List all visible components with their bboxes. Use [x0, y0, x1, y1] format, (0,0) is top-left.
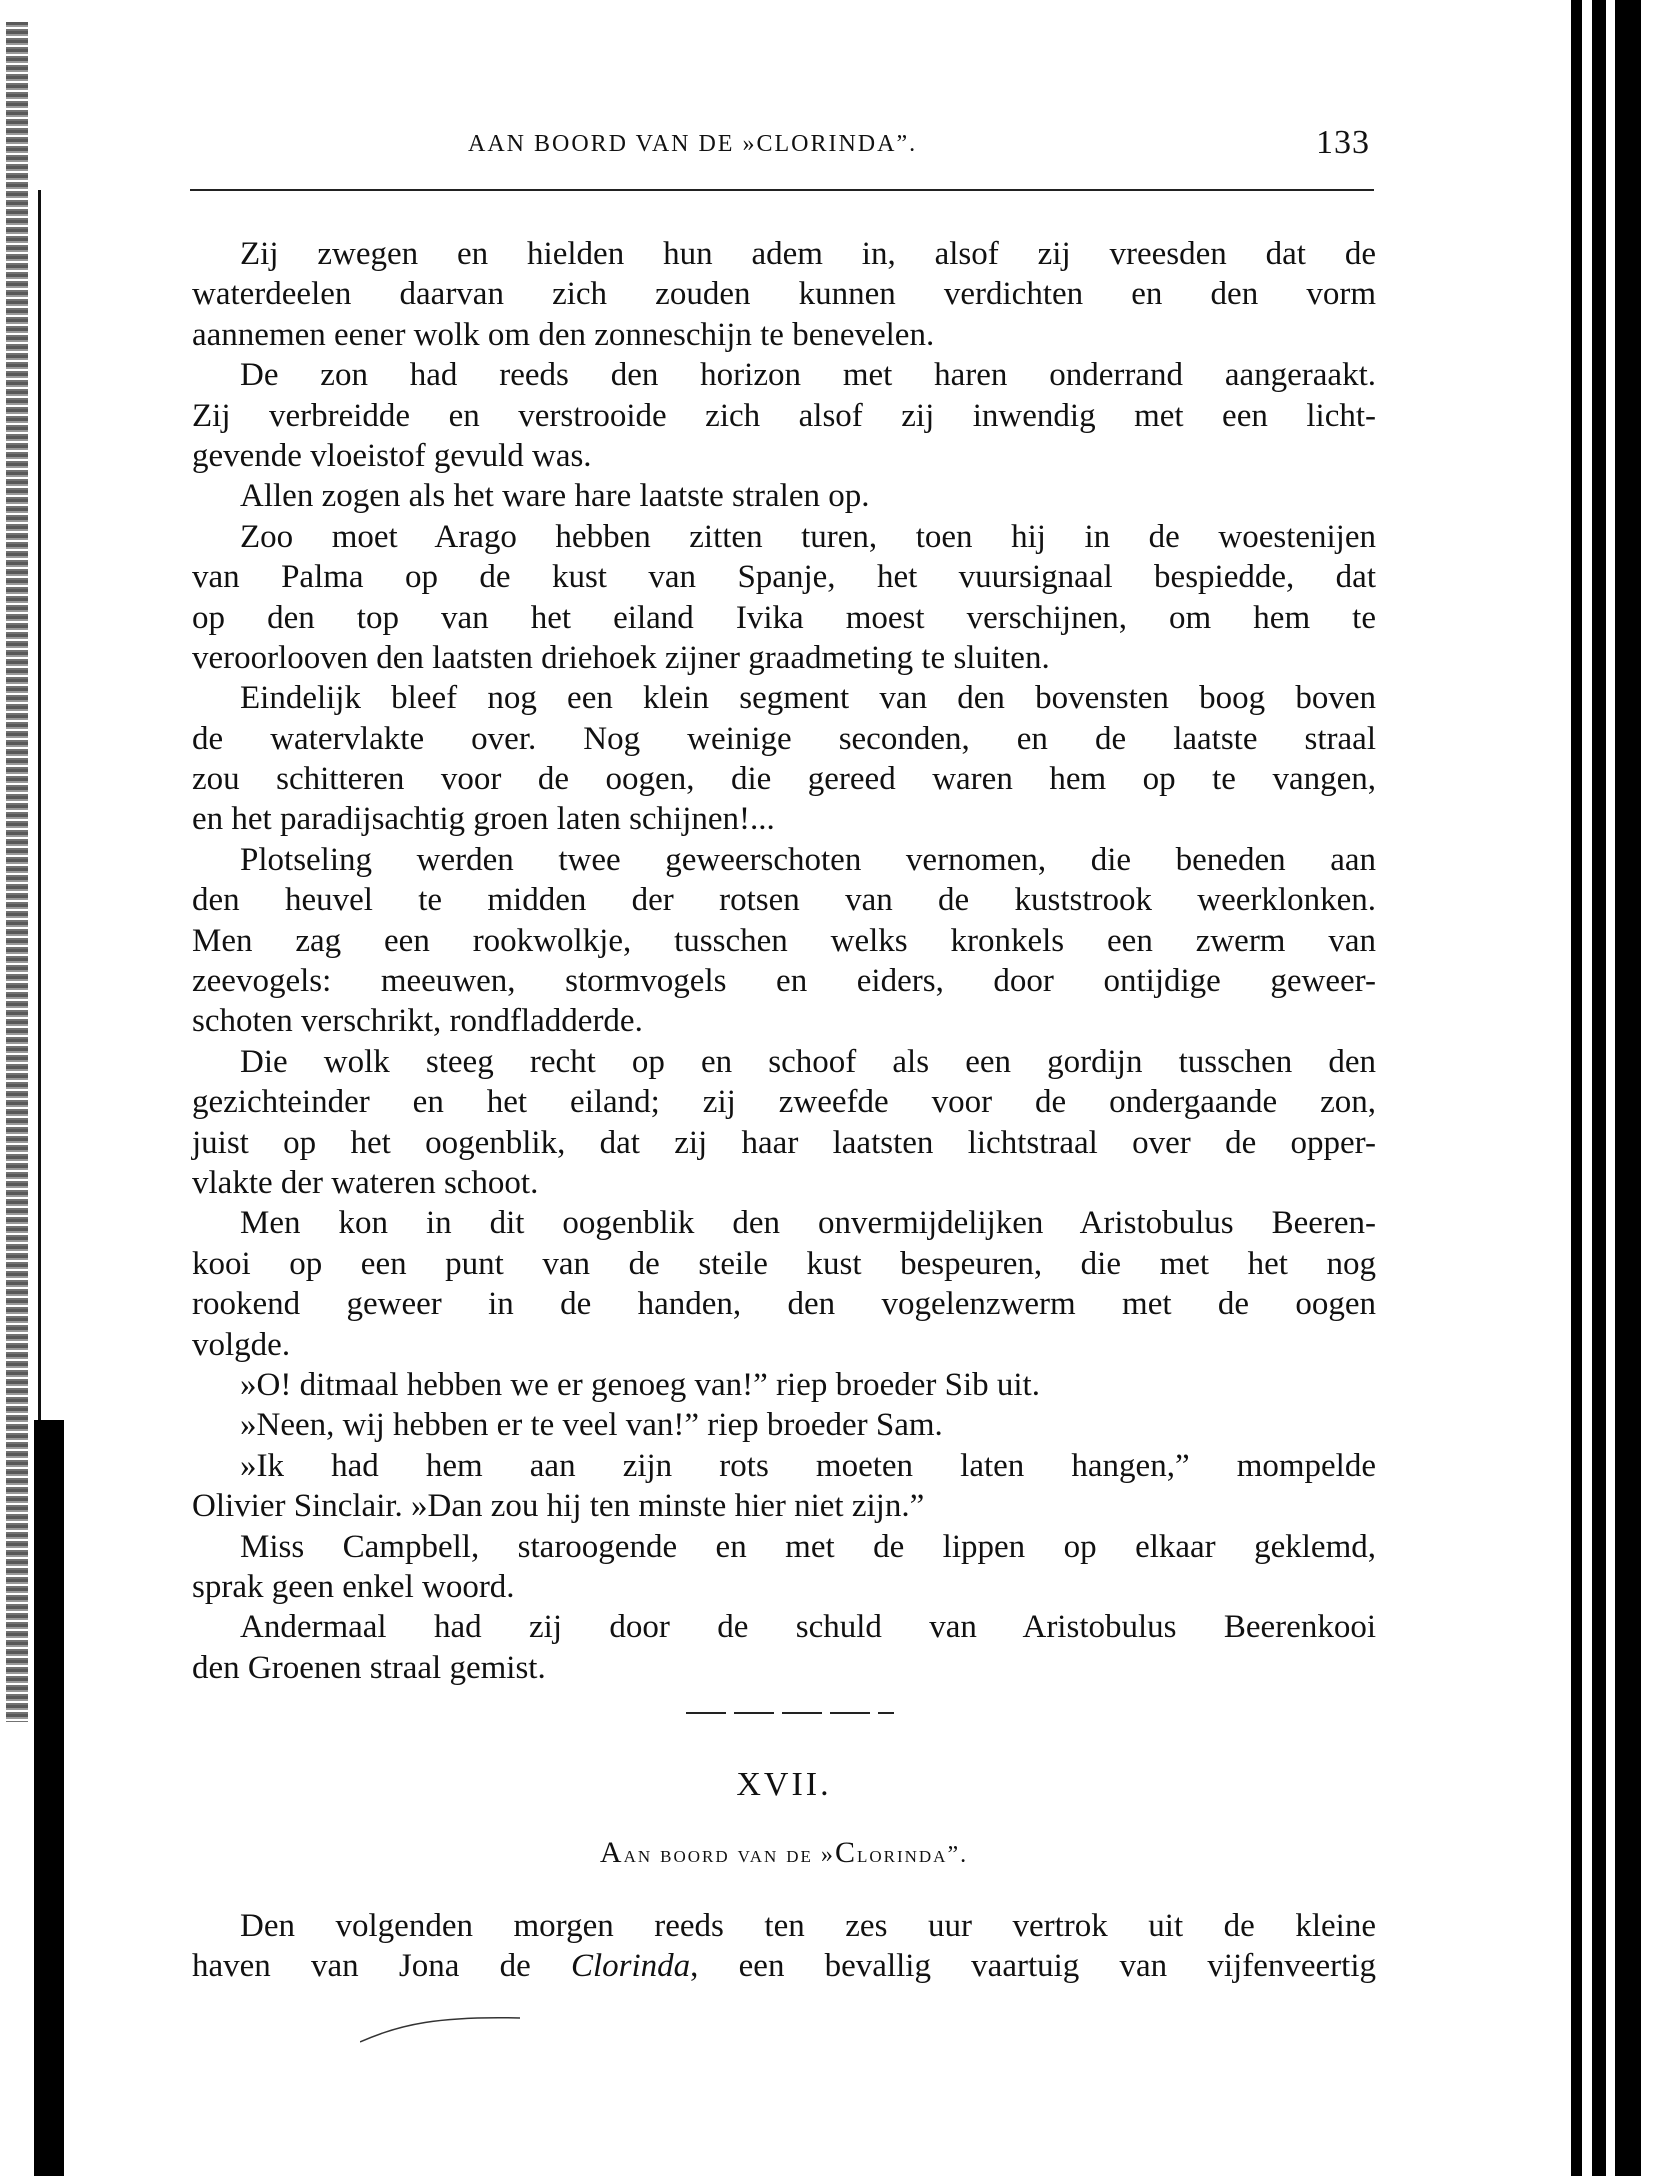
text-line: zeevogels: meeuwen, stormvogels en eider… — [192, 961, 1376, 1001]
text-line: gezichteinder en het eiland; zij zweefde… — [192, 1082, 1376, 1122]
text-line: aannemen eener wolk om den zonneschijn t… — [192, 315, 1376, 355]
binding-edge-line — [38, 190, 41, 1430]
body-text: Zij zwegen en hielden hun adem in, alsof… — [192, 234, 1376, 1688]
page-edge-bar — [1615, 0, 1641, 2176]
text-line: op den top van het eiland Ivika moest ve… — [192, 598, 1376, 638]
header-rule — [190, 189, 1374, 191]
text-line: Zoo moet Arago hebben zitten turen, toen… — [192, 517, 1376, 557]
text-line: »Neen, wij hebben er te veel van!” riep … — [192, 1405, 1376, 1445]
text-line: en het paradijsachtig groen laten schijn… — [192, 799, 1376, 839]
chapter-title-text: an boord van de » — [624, 1842, 835, 1868]
text-line: De zon had reeds den horizon met haren o… — [192, 355, 1376, 395]
binding-shadow — [6, 22, 28, 1722]
text-line: kooi op een punt van de steile kust besp… — [192, 1244, 1376, 1284]
text-line: Andermaal had zij door de schuld van Ari… — [192, 1607, 1376, 1647]
text-line: Men zag een rookwolkje, tusschen welks k… — [192, 921, 1376, 961]
text-line: juist op het oogenblik, dat zij haar laa… — [192, 1123, 1376, 1163]
pencil-mark — [360, 1996, 560, 2046]
text-line: Allen zogen als het ware hare laatste st… — [192, 476, 1376, 516]
chapter-title-initial: A — [600, 1836, 624, 1869]
text-line: zou schitteren voor de oogen, die gereed… — [192, 759, 1376, 799]
chapter-title-initial: C — [835, 1836, 857, 1869]
text-line: »O! ditmaal hebben we er genoeg van!” ri… — [192, 1365, 1376, 1405]
text-line: de watervlakte over. Nog weinige seconde… — [192, 719, 1376, 759]
text-line: gevende vloeistof gevuld was. — [192, 436, 1376, 476]
text-line: den Groenen straal gemist. — [192, 1648, 1376, 1688]
text-line: Zij zwegen en hielden hun adem in, alsof… — [192, 234, 1376, 274]
page-number: 133 — [1316, 124, 1370, 162]
text-line: Olivier Sinclair. »Dan zou hij ten minst… — [192, 1486, 1376, 1526]
text-line: Eindelijk bleef nog een klein segment va… — [192, 678, 1376, 718]
text-span: , een bevallig vaartuig van vijfenveerti… — [690, 1948, 1376, 1984]
text-line: vlakte der wateren schoot. — [192, 1163, 1376, 1203]
text-line: waterdeelen daarvan zich zouden kunnen v… — [192, 274, 1376, 314]
text-line: schoten verschrikt, rondfladderde. — [192, 1001, 1376, 1041]
chapter-number: XVII. — [0, 1766, 1568, 1804]
text-line: Den volgenden morgen reeds ten zes uur v… — [192, 1906, 1376, 1946]
text-line: veroorlooven den laatsten driehoek zijne… — [192, 638, 1376, 678]
text-line: »Ik had hem aan zijn rots moeten laten h… — [192, 1446, 1376, 1486]
text-line: Zij verbreidde en verstrooide zich alsof… — [192, 396, 1376, 436]
text-line: rookend geweer in de handen, den vogelen… — [192, 1284, 1376, 1324]
page-edge-bar — [1571, 0, 1582, 2176]
section-break-rule — [686, 1712, 894, 1714]
text-span: haven van Jona de — [192, 1948, 571, 1984]
text-line: volgde. — [192, 1325, 1376, 1365]
text-line: sprak geen enkel woord. — [192, 1567, 1376, 1607]
page-edge-bar — [1592, 0, 1606, 2176]
ship-name: Clorinda — [571, 1948, 690, 1984]
text-line: haven van Jona de Clorinda, een bevallig… — [192, 1946, 1376, 1986]
text-line: Men kon in dit oogenblik den onvermijdel… — [192, 1203, 1376, 1243]
chapter-title-text: lorinda”. — [857, 1842, 968, 1868]
running-head: AAN BOORD VAN DE »CLORINDA”. — [468, 131, 917, 158]
text-line: den heuvel te midden der rotsen van de k… — [192, 880, 1376, 920]
text-line: Die wolk steeg recht op en schoof als ee… — [192, 1042, 1376, 1082]
text-span: Den volgenden morgen reeds ten zes uur v… — [240, 1908, 1376, 1944]
text-line: van Palma op de kust van Spanje, het vuu… — [192, 557, 1376, 597]
chapter-opening-text: Den volgenden morgen reeds ten zes uur v… — [192, 1906, 1376, 1987]
text-line: Plotseling werden twee geweerschoten ver… — [192, 840, 1376, 880]
text-line: Miss Campbell, staroogende en met de lip… — [192, 1527, 1376, 1567]
chapter-title: Aan boord van de »Clorinda”. — [0, 1836, 1568, 1870]
